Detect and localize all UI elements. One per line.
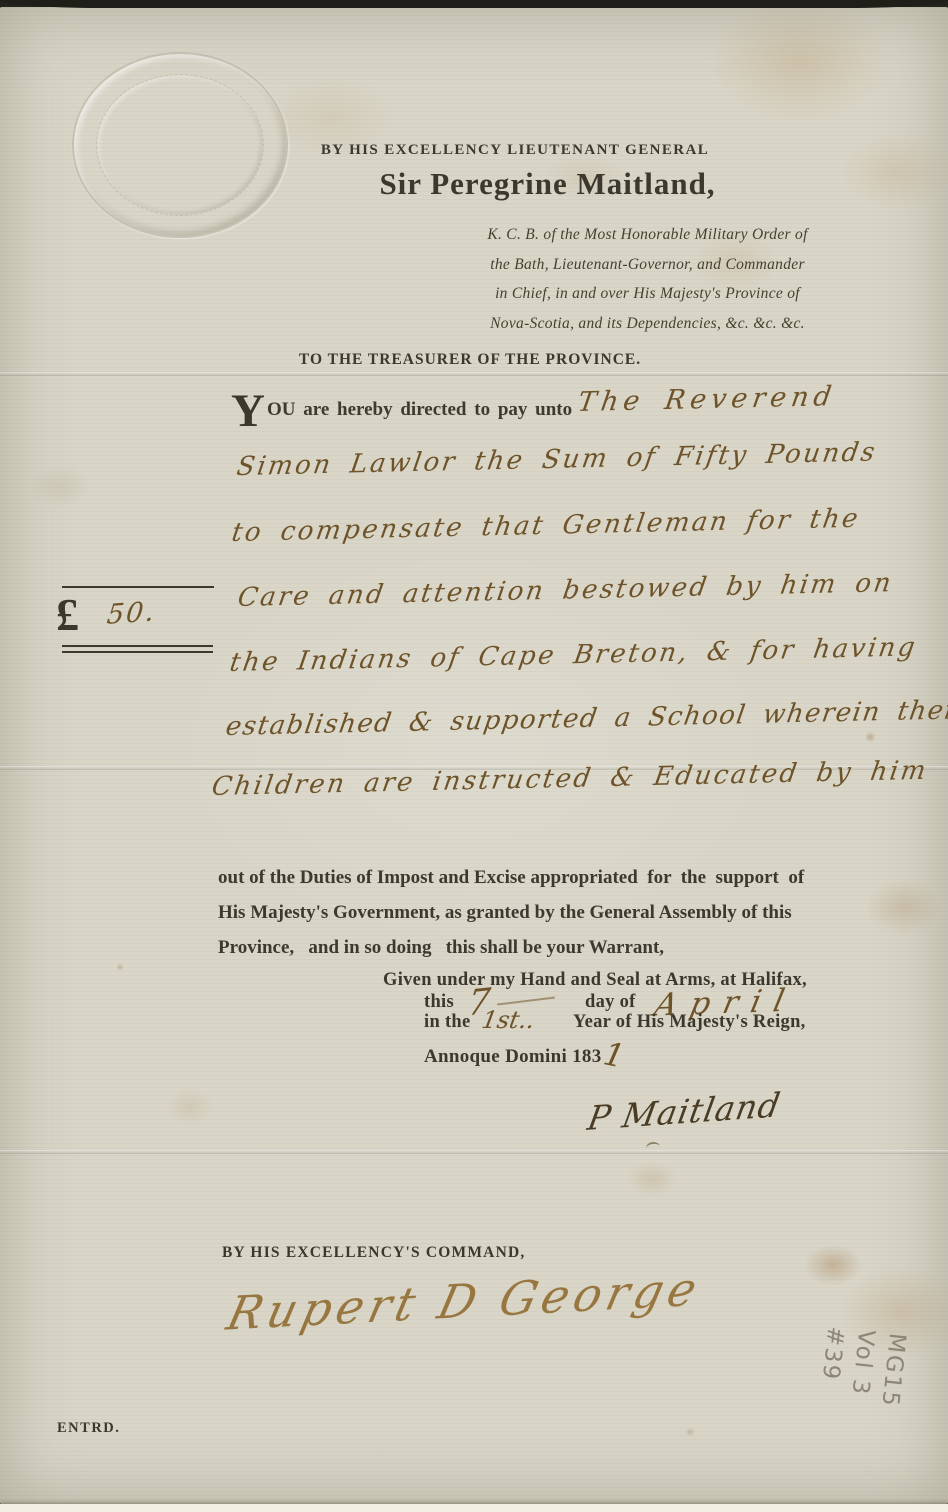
paragraph-line: out of the Duties of Impost and Excise a… xyxy=(218,860,878,895)
scan-bottom-edge xyxy=(0,1504,948,1512)
regnal-year-value: 1st.. xyxy=(480,1006,537,1034)
scan-top-edge xyxy=(0,0,948,8)
command-line: BY HIS EXCELLENCY'S COMMAND, xyxy=(222,1244,525,1262)
fold-crease-1 xyxy=(0,372,948,376)
amount-value: 50. xyxy=(105,596,157,631)
title-line: Nova-Scotia, and its Dependencies, &c. &… xyxy=(450,309,845,339)
governor-name: Sir Peregrine Maitland, xyxy=(300,166,795,202)
regnal-year-label: Year of His Majesty's Reign, xyxy=(573,1012,806,1033)
anno-domini-label: Annoque Domini 183 xyxy=(424,1046,602,1068)
printed-paragraph: out of the Duties of Impost and Excise a… xyxy=(218,860,878,965)
governor-titles-block: K. C. B. of the Most Honorable Military … xyxy=(450,220,845,338)
archive-pencil-note: MG15 Vol 3 #39 xyxy=(808,1325,912,1444)
dropcap-Y: Y xyxy=(231,388,265,435)
scanned-document-page: BY HIS EXCELLENCY LIEUTENANT GENERAL Sir… xyxy=(0,0,948,1512)
amount-rule-top xyxy=(62,586,214,588)
handwritten-line: The Reverend xyxy=(576,381,839,418)
addressee-line: TO THE TREASURER OF THE PROVINCE. xyxy=(180,351,760,369)
authority-line: BY HIS EXCELLENCY LIEUTENANT GENERAL xyxy=(230,142,800,159)
entered-label: ENTRD. xyxy=(57,1420,120,1437)
stray-ink-mark xyxy=(645,1141,660,1154)
paragraph-line: His Majesty's Government, as granted by … xyxy=(218,895,878,930)
title-line: in Chief, in and over His Majesty's Prov… xyxy=(450,279,845,309)
title-line: K. C. B. of the Most Honorable Military … xyxy=(450,220,845,250)
amount-rule-bottom xyxy=(62,645,213,653)
title-line: the Bath, Lieutenant-Governor, and Comma… xyxy=(450,250,845,280)
printed-intro: OU are hereby directed to pay unto xyxy=(267,399,572,421)
fold-crease-3 xyxy=(0,1150,948,1154)
pound-sign: £ xyxy=(56,592,79,638)
day-of-label: day of xyxy=(585,992,636,1013)
this-label: this xyxy=(424,992,454,1013)
in-the-label: in the xyxy=(424,1012,471,1033)
paragraph-line: Province, and in so doing this shall be … xyxy=(218,930,878,965)
